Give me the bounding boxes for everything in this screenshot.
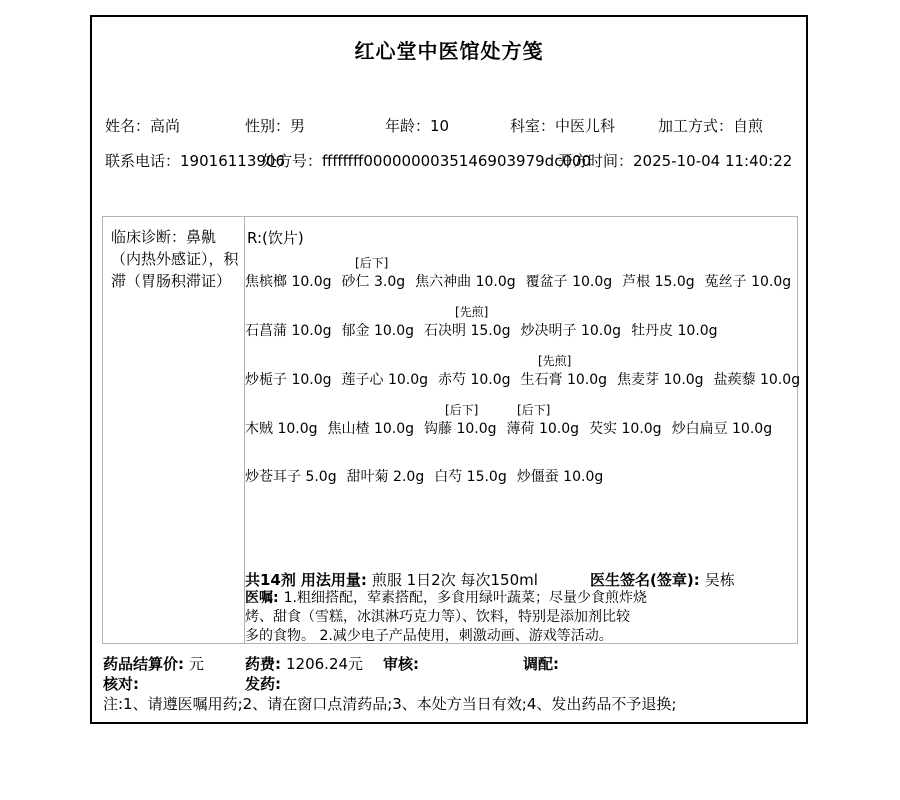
herb-item: 砂仁 3.0g [342, 271, 406, 291]
field-label: 药费: [245, 655, 281, 673]
herb-item: 钩藤 10.0g [424, 418, 497, 438]
diagnosis-label: 临床诊断： [111, 228, 186, 246]
field-value: 自煎 [733, 117, 763, 135]
field-patient-name: 姓名：高尚 [105, 115, 180, 136]
usage-value: 煎服 1日2次 每次150ml [372, 571, 538, 589]
herb-line-4: 木贼 10.0g焦山楂 10.0g钩藤 10.0g薄荷 10.0g芡实 10.0… [245, 418, 772, 438]
field-value: 高尚 [150, 117, 180, 135]
herb-item: 覆盆子 10.0g [526, 271, 613, 291]
herb-item: 芡实 10.0g [589, 418, 662, 438]
doctor-signature: 医生签名(签章):吴栋 [590, 569, 735, 590]
field-drug-fee: 药费:1206.24元 [245, 653, 363, 674]
herb-item: 芦根 15.0g [622, 271, 695, 291]
field-label: 审核: [383, 655, 419, 673]
herb-item: 薄荷 10.0g [507, 418, 580, 438]
field-settlement-price: 药品结算价:元 [103, 653, 204, 674]
field-patient-sex: 性别：男 [245, 115, 305, 136]
field-label: 核对: [103, 675, 139, 693]
herb-item: 白芍 15.0g [434, 466, 507, 486]
herb-item: 莲子心 10.0g [342, 369, 429, 389]
decoction-tag-houxia-1: [后下] [355, 254, 388, 271]
page-title: 红心堂中医馆处方笺 [92, 35, 806, 64]
field-dispense-prepare: 调配: [523, 653, 564, 674]
medical-advice: 医嘱:1.粗细搭配，荤素搭配，多食用绿叶蔬菜；尽量少食煎炸烧 烤、甜食（雪糕，冰… [245, 589, 637, 646]
usage-row: 共14剂用法用量:煎服 1日2次 每次150ml [245, 569, 538, 590]
field-label: 处方号： [262, 152, 322, 170]
decoction-tag-houxia-3: [后下] [517, 401, 550, 418]
herb-item: 甜叶菊 2.0g [347, 466, 425, 486]
field-patient-age: 年龄：10 [385, 115, 449, 136]
field-prescription-number: 处方号：ffffffff0000000035146903979dc000 [262, 150, 591, 171]
field-label: 性别： [245, 117, 290, 135]
herb-item: 石决明 15.0g [424, 320, 511, 340]
field-label: 加工方式： [658, 117, 733, 135]
field-value: 2025-10-04 11:40:22 [633, 152, 792, 170]
herb-line-2: 石菖蒲 10.0g郁金 10.0g石决明 15.0g炒决明子 10.0g牡丹皮 … [245, 320, 718, 340]
medical-advice-line: 医嘱:1.粗细搭配，荤素搭配，多食用绿叶蔬菜；尽量少食煎炸烧 [245, 589, 637, 608]
prescription-box: 临床诊断：鼻鼽（内热外感证），积滞（胃肠积滞证） R:(饮片) [后下] [先煎… [102, 216, 798, 644]
footer-note: 注:1、请遵医嘱用药;2、请在窗口点清药品;3、本处方当日有效;4、发出药品不予… [103, 693, 676, 714]
rx-header: R:(饮片) [247, 227, 304, 248]
herb-item: 木贼 10.0g [245, 418, 318, 438]
herb-line-5: 炒苍耳子 5.0g甜叶菊 2.0g白芍 15.0g炒僵蚕 10.0g [245, 466, 603, 486]
field-value: 10 [430, 117, 449, 135]
field-phone: 联系电话：19016113906 [105, 150, 285, 171]
field-value: 中医儿科 [555, 117, 615, 135]
medical-advice-line: 烤、甜食（雪糕，冰淇淋巧克力等）、饮料，特别是添加剂比较 [245, 608, 637, 627]
field-dispense: 发药: [245, 673, 286, 694]
herb-item: 菟丝子 10.0g [705, 271, 792, 291]
usage-label: 用法用量: [301, 571, 367, 589]
herb-line-1: 焦槟榔 10.0g砂仁 3.0g焦六神曲 10.0g覆盆子 10.0g芦根 15… [245, 271, 791, 291]
herb-item: 生石膏 10.0g [521, 369, 608, 389]
field-label: 药品结算价: [103, 655, 184, 673]
field-review: 审核: [383, 653, 424, 674]
herb-item: 焦六神曲 10.0g [415, 271, 516, 291]
herb-item: 郁金 10.0g [342, 320, 415, 340]
decoction-tag-xianjian-1: [先煎] [455, 303, 488, 320]
herb-item: 赤芍 10.0g [438, 369, 511, 389]
decoction-tag-houxia-2: [后下] [445, 401, 478, 418]
herb-item: 牡丹皮 10.0g [631, 320, 718, 340]
herb-item: 炒苍耳子 5.0g [245, 466, 337, 486]
herb-item: 焦麦芽 10.0g [617, 369, 704, 389]
field-label: 科室： [510, 117, 555, 135]
herb-item: 盐蒺藜 10.0g [714, 369, 801, 389]
field-processing-method: 加工方式：自煎 [658, 115, 763, 136]
field-label: 联系电话： [105, 152, 180, 170]
field-label: 调配: [523, 655, 559, 673]
herb-item: 炒白扁豆 10.0g [672, 418, 773, 438]
field-label: 年龄： [385, 117, 430, 135]
field-value: 1206.24元 [286, 655, 363, 673]
clinical-diagnosis: 临床诊断：鼻鼽（内热外感证），积滞（胃肠积滞证） [111, 226, 243, 292]
field-check: 核对: [103, 673, 144, 694]
herb-item: 石菖蒲 10.0g [245, 320, 332, 340]
herb-item: 焦山楂 10.0g [328, 418, 415, 438]
field-department: 科室：中医儿科 [510, 115, 615, 136]
field-label: 发药: [245, 675, 281, 693]
page-background: 红心堂中医馆处方笺 姓名：高尚 性别：男 年龄：10 科室：中医儿科 加工方式：… [0, 0, 900, 800]
field-label: 姓名： [105, 117, 150, 135]
herb-item: 炒栀子 10.0g [245, 369, 332, 389]
medical-advice-label: 医嘱: [245, 590, 279, 606]
herb-item: 炒决明子 10.0g [521, 320, 622, 340]
dose-count: 共14剂 [245, 571, 296, 589]
herb-line-3: 炒栀子 10.0g莲子心 10.0g赤芍 10.0g生石膏 10.0g焦麦芽 1… [245, 369, 800, 389]
field-label: 开方时间： [558, 152, 633, 170]
herb-item: 炒僵蚕 10.0g [517, 466, 604, 486]
field-value: 男 [290, 117, 305, 135]
field-value: 元 [189, 655, 204, 673]
field-value: ffffffff0000000035146903979dc000 [322, 152, 591, 170]
herb-item: 焦槟榔 10.0g [245, 271, 332, 291]
doctor-signature-label: 医生签名(签章): [590, 571, 700, 589]
decoction-tag-xianjian-2: [先煎] [538, 352, 571, 369]
doctor-signature-value: 吴栋 [705, 571, 735, 589]
medical-advice-line: 多的食物。 2.减少电子产品使用，刺激动画、游戏等活动。 [245, 627, 637, 646]
field-prescribe-time: 开方时间：2025-10-04 11:40:22 [558, 150, 792, 171]
prescription-sheet: 红心堂中医馆处方笺 姓名：高尚 性别：男 年龄：10 科室：中医儿科 加工方式：… [90, 15, 808, 724]
